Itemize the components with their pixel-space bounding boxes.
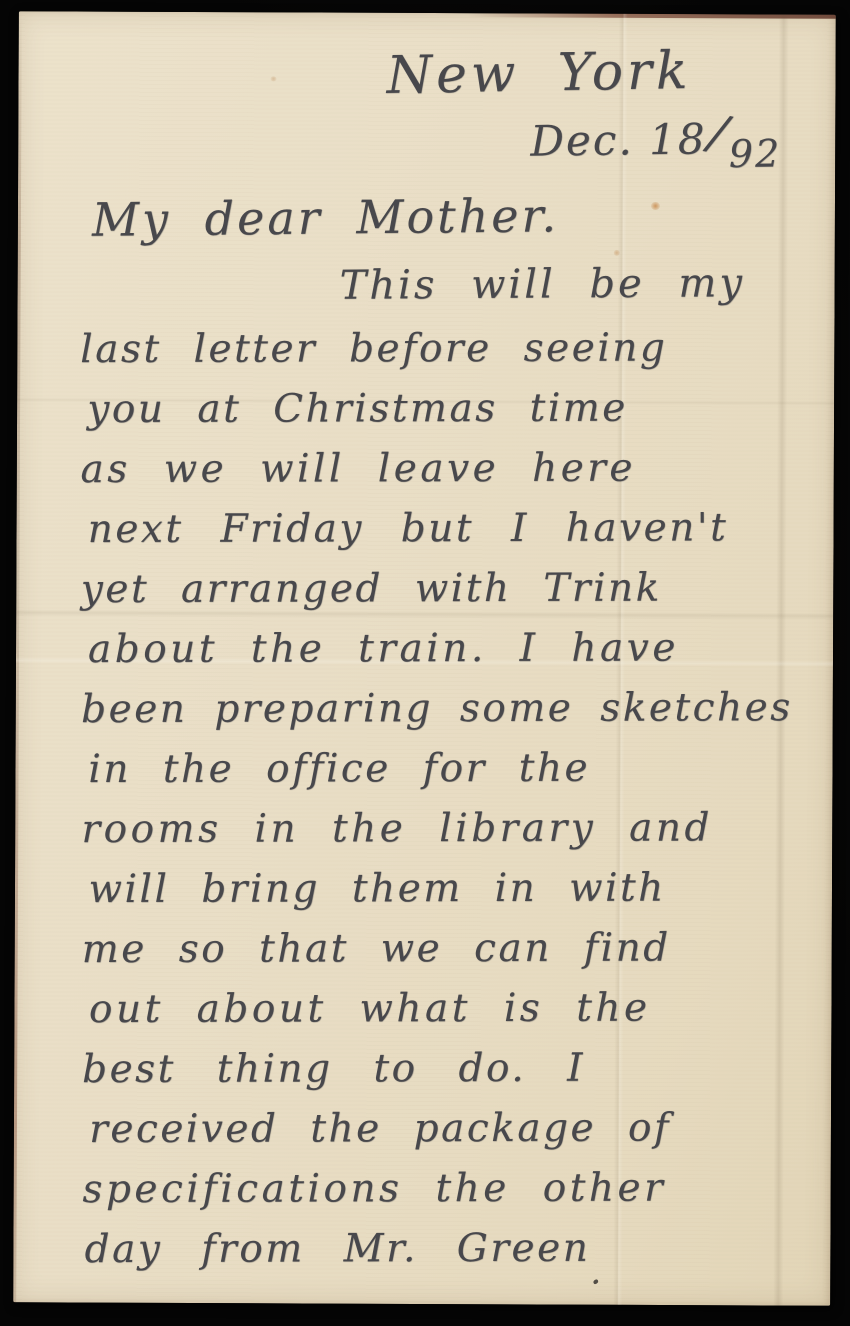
letter-line: about the train. I have <box>88 618 818 680</box>
date-year: 92 <box>729 131 782 176</box>
letter-line: as we will leave here <box>80 438 817 500</box>
foxing-spot <box>271 76 277 81</box>
paper-deckle-edge <box>13 11 22 1302</box>
letter-line: next Friday but I haven't <box>88 498 818 560</box>
letter-salutation: My dear Mother. <box>92 188 560 246</box>
letter-line: you at Christmas time <box>87 378 817 440</box>
letter-line: best thing to do. I <box>82 1038 819 1100</box>
letter-line: specifications the other <box>82 1158 819 1220</box>
foxing-spot <box>651 202 660 210</box>
paper-edge-tint <box>468 13 836 19</box>
letter-heading-date: Dec. 18/92 <box>530 108 781 167</box>
letter-body: last letter before seeing you at Christm… <box>80 318 820 1280</box>
foxing-spot <box>614 250 620 256</box>
letter-line: been preparing some sketches <box>81 678 818 740</box>
letter-line: received the package of <box>89 1098 819 1160</box>
letter-opening-line: This will be my <box>339 260 745 308</box>
letter-heading-place: New York <box>386 41 692 106</box>
date-month-day: Dec. 18 <box>530 114 707 165</box>
scan-background: New York Dec. 18/92 My dear Mother. This… <box>0 0 850 1326</box>
letter-line: me so that we can find <box>82 918 819 980</box>
letter-line: rooms in the library and <box>81 798 818 860</box>
letter-line: day from Mr. Green <box>84 1218 819 1280</box>
letter-line: in the office for the <box>88 738 818 800</box>
letter-line: will bring them in with <box>89 858 819 920</box>
letter-line: out about what is the <box>89 978 819 1040</box>
ink-speck <box>593 1279 599 1285</box>
letter-paper: New York Dec. 18/92 My dear Mother. This… <box>13 11 836 1306</box>
letter-line: yet arranged with Trink <box>81 558 818 620</box>
letter-line: last letter before seeing <box>80 318 817 380</box>
